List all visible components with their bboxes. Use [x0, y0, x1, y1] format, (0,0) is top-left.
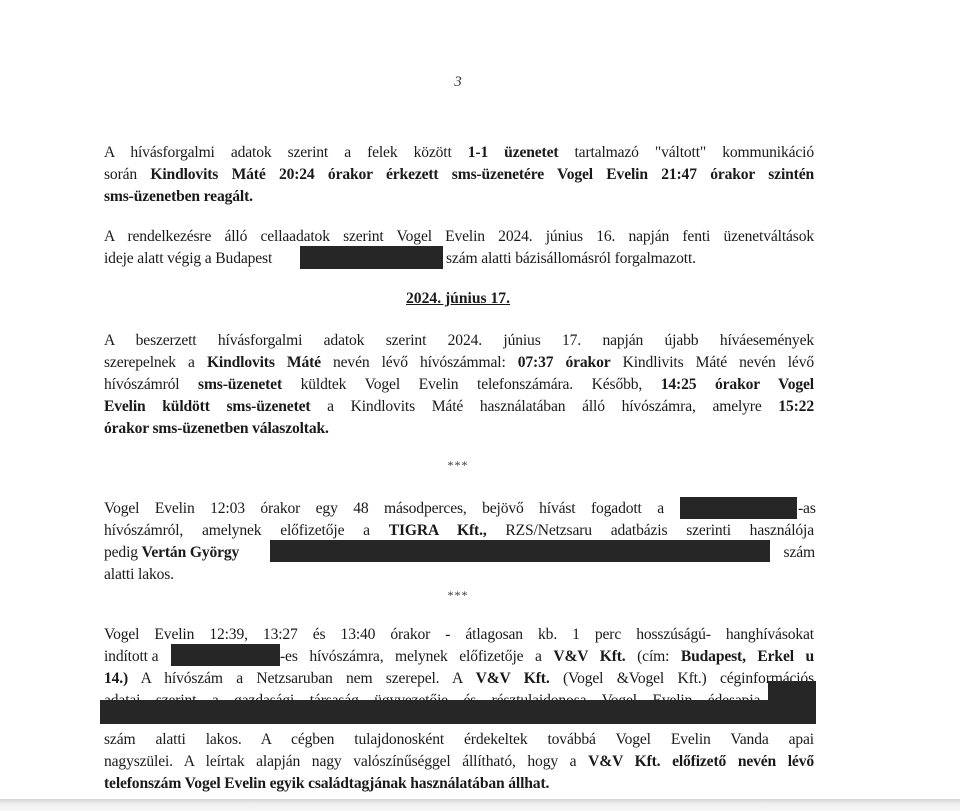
text-line: hívószámról, amelynek előfizetője a TIGR…	[104, 520, 814, 542]
page-bottom-edge	[0, 799, 960, 811]
text-line: sms-üzenetben reagált.	[104, 186, 814, 208]
text-line: 14.) A hívószám a Netzsaruban nem szerep…	[104, 668, 814, 690]
text-line: során Kindlovits Máté 20:24 órakor érkez…	[104, 164, 814, 186]
redaction-box	[100, 700, 816, 724]
text-line: A beszerzett hívásforgalmi adatok szerin…	[104, 330, 814, 352]
section-separator: ***	[0, 458, 916, 473]
section-heading-date: 2024. június 17.	[0, 290, 916, 308]
text-line: -es hívószámra, melynek előfizetője a V&…	[280, 646, 814, 668]
document-page: 3 A hívásforgalmi adatok szerint a felek…	[0, 0, 960, 800]
text-line: alatti lakos.	[104, 564, 814, 586]
redaction-box	[768, 681, 816, 701]
text-line: A rendelkezésre álló cellaadatok szerint…	[104, 226, 814, 248]
text-line: Vogel Evelin 12:39, 13:27 és 13:40 órako…	[104, 624, 814, 646]
text-line: -as	[798, 498, 828, 520]
text-line: A hívásforgalmi adatok szerint a felek k…	[104, 142, 814, 164]
text-line: Evelin küldött sms-üzenetet a Kindlovits…	[104, 396, 814, 418]
redaction-box	[300, 246, 443, 269]
text-line: órakor sms-üzenetben válaszoltak.	[104, 418, 814, 440]
redaction-box	[171, 644, 280, 666]
text-line: szerepelnek a Kindlovits Máté nevén lévő…	[104, 352, 814, 374]
redaction-box	[680, 497, 797, 519]
text-line: telefonszám Vogel Evelin egyik családtag…	[104, 773, 814, 795]
text-line: szám	[775, 542, 815, 564]
text-line: szám alatti lakos. A cégben tulajdonoské…	[104, 729, 814, 751]
redaction-box	[270, 540, 770, 562]
text-line: Vogel Evelin 12:03 órakor egy 48 másodpe…	[104, 498, 664, 520]
text-line: hívószámról sms-üzenetet küldtek Vogel E…	[104, 374, 814, 396]
text-line: nagyszülei. A leírtak alapján nagy valós…	[104, 751, 814, 773]
page-number: 3	[0, 74, 916, 91]
text-line: szám alatti bázisállomásról forgalmazott…	[446, 248, 806, 270]
section-separator: ***	[0, 588, 916, 603]
